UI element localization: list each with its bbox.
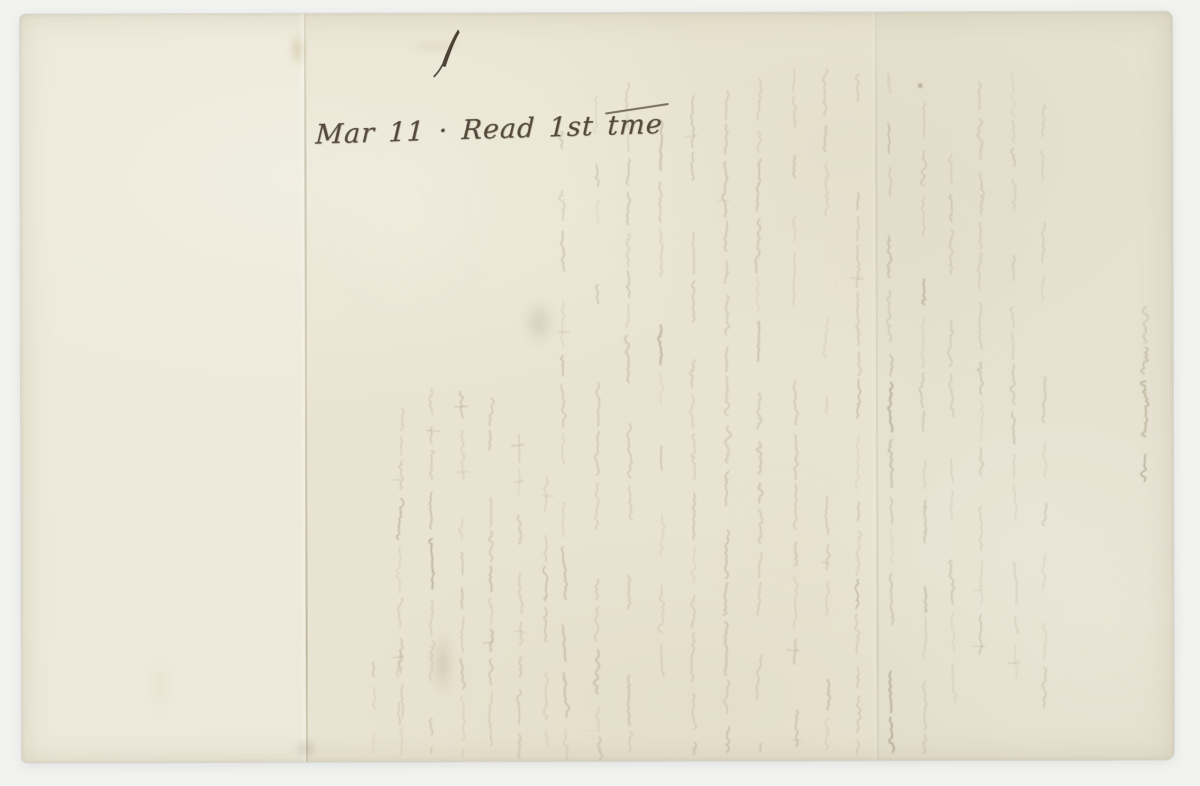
paper-stain xyxy=(285,25,311,75)
vertical-fold-crease xyxy=(874,12,879,760)
paper-stain xyxy=(700,429,881,629)
paper-stain xyxy=(427,616,459,711)
paper-stain xyxy=(1020,498,1191,738)
docket-annotation: Mar 11 · Read 1st tme xyxy=(315,110,664,150)
paper-stain xyxy=(916,82,924,89)
vertical-fold-crease xyxy=(303,14,308,762)
manuscript-page: Mar 11 · Read 1st tme xyxy=(20,11,1174,762)
paper-stain xyxy=(518,290,560,354)
ink-mark xyxy=(431,26,465,82)
docket-annotation-abbrev: tme xyxy=(607,109,664,142)
scan-background: Mar 11 · Read 1st tme xyxy=(0,0,1200,786)
paper-stain xyxy=(153,641,167,731)
paper-stain xyxy=(293,737,319,761)
docket-annotation-text: Mar 11 · Read 1st xyxy=(315,111,608,151)
paper-stain xyxy=(819,149,1040,390)
